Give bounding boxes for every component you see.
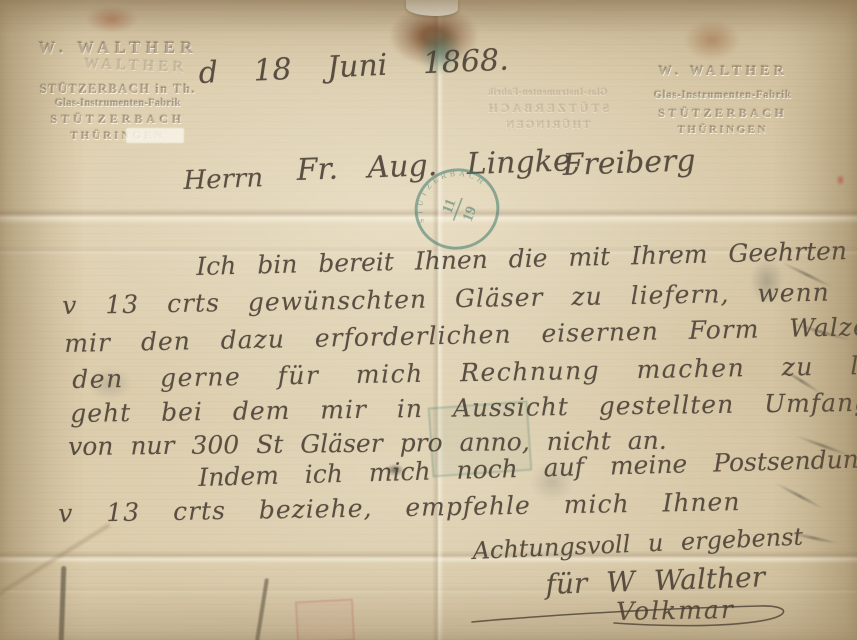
red-speck-right-edge — [836, 174, 845, 186]
letterhead-center-mirrored: Glas-Instrumenten-Fabrik STÜTZERBACH THÜ… — [448, 88, 646, 140]
ink-bleedthrough-stroke-5 — [774, 482, 825, 511]
letterhead-left-business: Glas-Instrumenten-Fabrik — [14, 98, 222, 109]
address-city: Freiberg — [562, 143, 696, 183]
vertical-center-fold — [432, 0, 444, 640]
body-line-1: Ich bin bereit Ihnen die mit Ihrem Geehr… — [196, 236, 847, 281]
letterhead-center-town: STÜTZERBACH — [448, 101, 646, 116]
letter-scan: W. WALTHER WALTHER STÜTZERBACH in Th. Gl… — [0, 0, 857, 640]
postal-stamp: STÜTZERBACH 11 19 — [410, 164, 504, 254]
letterhead-left-company: W. WALTHER — [14, 38, 222, 58]
letterhead-left: W. WALTHER WALTHER STÜTZERBACH in Th. Gl… — [14, 38, 222, 148]
signature-flourish — [468, 592, 808, 640]
letterhead-center-business: Glas-Instrumenten-Fabrik — [448, 88, 646, 98]
letterhead-right: W. WALTHER Glas-Instrumenten-Fabrik STÜT… — [626, 64, 820, 144]
letterhead-left-ghost-impression: WALTHER — [84, 56, 188, 77]
body-line-4: den gerne für mich Rechnung machen zu la… — [72, 350, 857, 394]
dark-crease-bottom-left — [59, 566, 67, 640]
faint-stamp-bottom — [295, 599, 355, 640]
postmark-denominator: 19 — [460, 204, 480, 224]
handwritten-date: d 18 Juni 1868. — [198, 42, 509, 90]
address-honorific: Herrn — [183, 163, 264, 196]
letterhead-left-location: STÜTZERBACH in Th. — [14, 82, 222, 97]
white-tape-patch — [126, 128, 184, 143]
top-edge-shadow — [0, 0, 857, 34]
letterhead-left-region: THÜRINGEN — [14, 130, 222, 142]
corner-crease-bottom-left — [0, 523, 110, 601]
dark-crease-bottom-center — [255, 578, 269, 640]
body-line-5: geht bei dem mir in Aussicht gestellten … — [70, 388, 857, 428]
body-line-3: mir den dazu erforderlichen eisernen For… — [64, 312, 857, 358]
letterhead-right-company: W. WALTHER — [626, 64, 820, 80]
letterhead-center-region: THÜRINGEN — [448, 119, 646, 131]
body-line-8: v 13 crts beziehe, empfehle mich Ihnen — [58, 487, 741, 528]
letterhead-left-town: STÜTZERBACH — [14, 112, 222, 127]
closing-valediction: Achtungsvoll u ergebenst — [472, 523, 804, 565]
letterhead-right-business: Glas-Instrumenten-Fabrik — [626, 90, 820, 101]
letterhead-right-town: STÜTZERBACH — [626, 106, 820, 121]
letterhead-right-region: THÜRINGEN — [626, 124, 820, 136]
body-line-2: v 13 crts gewünschten Gläser zu liefern,… — [62, 276, 857, 320]
